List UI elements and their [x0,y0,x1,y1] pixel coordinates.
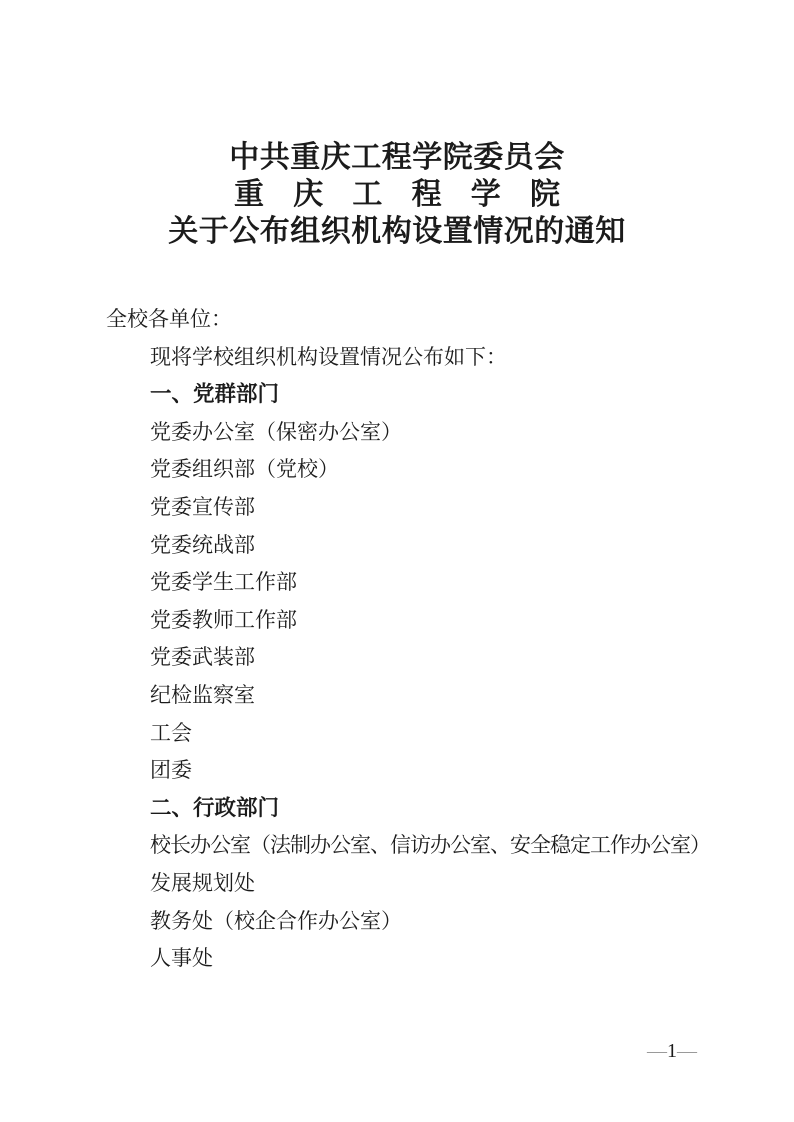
list-item: 纪检监察室 [106,677,694,715]
list-item: 党委教师工作部 [106,602,694,640]
intro-line: 现将学校组织机构设置情况公布如下： [106,339,694,377]
salutation-line: 全校各单位： [106,301,694,339]
document-page: 中共重庆工程学院委员会 重 庆 工 程 学 院 关于公布组织机构设置情况的通知 … [0,0,794,1122]
list-item: 教务处（校企合作办公室） [106,903,694,941]
list-item: 党委学生工作部 [106,564,694,602]
title-school-char: 学 [471,176,501,213]
list-item: 党委组织部（党校） [106,451,694,489]
title-committee-line: 中共重庆工程学院委员会 [0,139,794,176]
document-title-block: 中共重庆工程学院委员会 重 庆 工 程 学 院 关于公布组织机构设置情况的通知 [0,139,794,250]
title-school-char: 重 [234,176,264,213]
title-school-line: 重 庆 工 程 学 院 [234,176,560,213]
title-school-char: 院 [530,176,560,213]
section-heading-party-departments: 一、党群部门 [106,376,694,414]
page-number-value: 1 [667,1040,677,1062]
list-item: 工会 [106,715,694,753]
list-item: 发展规划处 [106,865,694,903]
list-item: 人事处 [106,940,694,978]
page-number-dash: — [677,1040,697,1062]
list-item: 校长办公室（法制办公室、信访办公室、安全稳定工作办公室） [106,827,694,865]
list-item: 党委宣传部 [106,489,694,527]
section-heading-admin-departments: 二、行政部门 [106,790,694,828]
title-school-char: 庆 [293,176,323,213]
list-item: 团委 [106,752,694,790]
list-item: 党委办公室（保密办公室） [106,414,694,452]
page-number: —1— [562,1039,782,1063]
page-number-dash: — [647,1040,667,1062]
document-body: 全校各单位： 现将学校组织机构设置情况公布如下： 一、党群部门 党委办公室（保密… [106,301,694,978]
list-item: 党委武装部 [106,639,694,677]
title-school-char: 程 [412,176,442,213]
title-subject-line: 关于公布组织机构设置情况的通知 [0,213,794,250]
title-school-char: 工 [352,176,382,213]
list-item: 党委统战部 [106,527,694,565]
